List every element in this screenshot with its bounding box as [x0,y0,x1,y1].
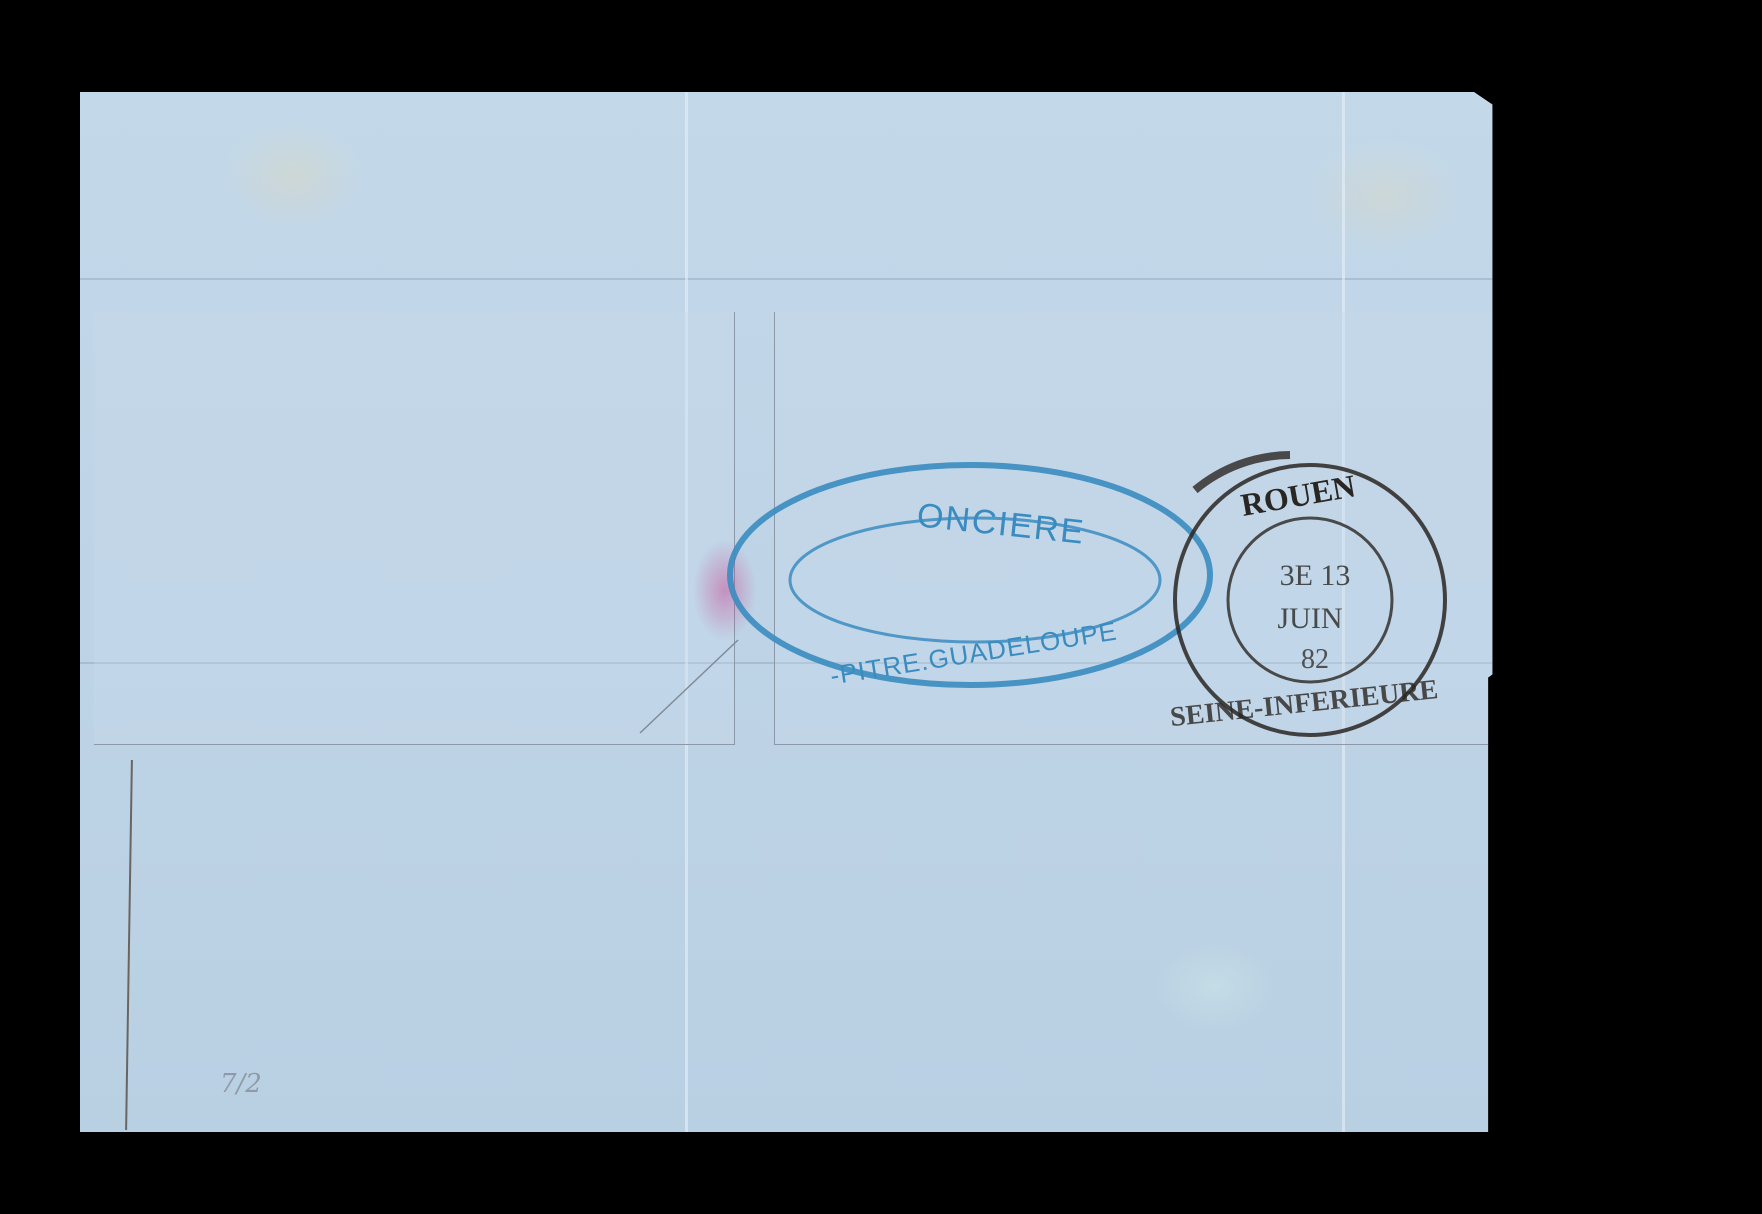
cachet-top-text: ONCIERE [915,496,1087,551]
datestamp-date-line3: 82 [1301,644,1329,675]
pencil-notation: 7/2 [220,1069,262,1099]
flap-diagonal-crease [640,640,738,733]
cachet-bottom-text: -PITRE.GUADELOUPE [828,616,1119,691]
datestamp-date-line1: 3E 13 [1280,559,1351,592]
datestamp-date-line2: JUIN [1278,602,1343,635]
postmarks-layer: ONCIERE -PITRE.GUADELOUPE ROUEN SEINE-IN… [0,0,1762,1214]
